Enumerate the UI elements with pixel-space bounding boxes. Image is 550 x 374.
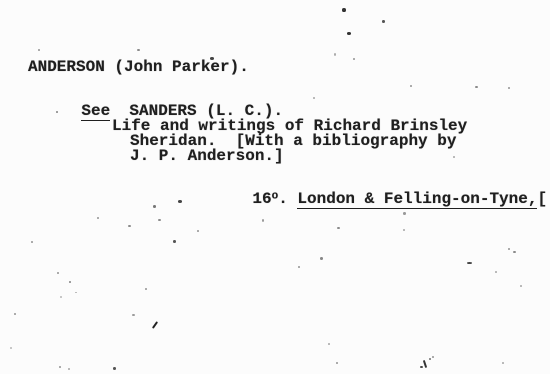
scan-speck [508, 87, 510, 89]
scan-speck [475, 86, 478, 88]
scan-speck [347, 32, 351, 35]
imprint-tail: [ .] ] [537, 190, 550, 208]
scan-speck [145, 288, 147, 290]
scan-speck [31, 241, 33, 243]
scan-speck [403, 229, 405, 231]
imprint-line: 16o. London & Felling-on-Tyne,[ .] ] [214, 175, 550, 223]
scan-speck [520, 285, 522, 287]
scan-speck [68, 368, 70, 370]
format-size: 16 [252, 190, 271, 208]
scan-speck [298, 266, 300, 268]
scan-speck [56, 111, 58, 113]
scan-speck [173, 240, 176, 243]
heading-entry: ANDERSON (John Parker). [28, 59, 249, 75]
scan-speck [353, 58, 355, 60]
scan-speck [178, 200, 182, 203]
scan-speck [14, 313, 16, 315]
scan-speck [420, 366, 423, 368]
scan-speck [153, 205, 156, 208]
title-line-3: J. P. Anderson.] [130, 148, 284, 164]
scan-speck [432, 356, 434, 358]
scan-speck [403, 212, 406, 215]
scan-speck [313, 97, 315, 99]
scan-speck [10, 347, 12, 349]
scan-speck [410, 85, 412, 87]
scan-speck [342, 8, 346, 12]
scan-speck [508, 248, 510, 250]
catalog-card: ANDERSON (John Parker). See SANDERS (L. … [0, 0, 550, 374]
scan-speck [423, 360, 427, 368]
scan-speck [429, 358, 431, 360]
scan-speck [197, 230, 199, 232]
scan-speck [382, 20, 385, 23]
see-label: See [81, 102, 110, 121]
scan-speck [132, 314, 135, 316]
scan-speck [137, 49, 140, 51]
scan-speck [158, 219, 161, 221]
scan-speck [57, 272, 59, 274]
scan-speck [467, 262, 472, 264]
scan-speck [75, 292, 77, 293]
imprint-separator: . [278, 190, 297, 208]
scan-speck [334, 53, 336, 56]
scan-speck [502, 362, 504, 364]
scan-speck [328, 343, 330, 345]
scan-speck [128, 225, 131, 227]
scan-speck [262, 219, 264, 222]
scan-speck [336, 362, 338, 364]
scan-speck [59, 366, 61, 368]
imprint-place: London & Felling-on-Tyne, [297, 190, 537, 209]
scan-speck [320, 257, 323, 260]
scan-speck [337, 227, 340, 229]
scan-speck [495, 271, 497, 273]
scan-speck [513, 251, 516, 253]
scan-speck [60, 296, 62, 298]
scan-speck [210, 57, 214, 60]
scan-speck [69, 281, 71, 283]
scan-speck [152, 321, 158, 329]
scan-speck [97, 217, 99, 219]
scan-speck [453, 156, 455, 158]
scan-speck [38, 49, 40, 51]
scan-speck [113, 367, 116, 370]
